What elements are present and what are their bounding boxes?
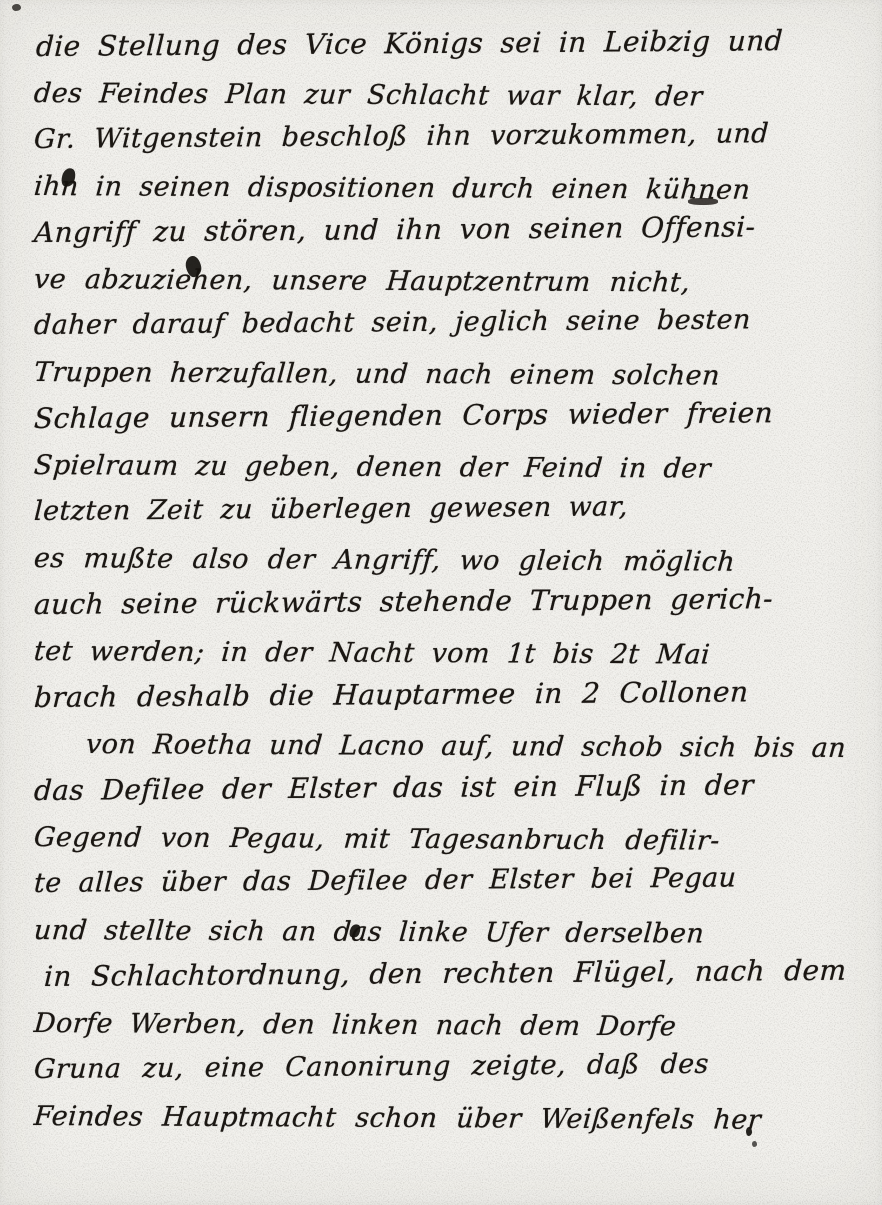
manuscript-line: Schlage unsern fliegenden Corps wieder f… bbox=[33, 389, 867, 442]
manuscript-line: te alles über das Defilee der Elster bei… bbox=[33, 854, 867, 907]
manuscript-line: Angriff zu stören, und ihn von seinen Of… bbox=[33, 203, 867, 256]
manuscript-line: die Stellung des Vice Königs sei in Leib… bbox=[35, 17, 867, 70]
manuscript-line: Feindes Hauptmacht schon über Weißenfels… bbox=[32, 1094, 867, 1145]
manuscript-line: daher darauf bedacht sein, jeglich seine… bbox=[33, 296, 867, 349]
manuscript-line: Gruna zu, eine Canonirung zeigte, daß de… bbox=[33, 1040, 867, 1093]
manuscript-line: auch seine rückwärts stehende Truppen ge… bbox=[33, 575, 867, 628]
manuscript-page: die Stellung des Vice Königs sei in Leib… bbox=[0, 0, 882, 1205]
manuscript-line: in Schlachtordnung, den rechten Flügel, … bbox=[43, 948, 867, 1001]
manuscript-line: letzten Zeit zu überlegen gewesen war, bbox=[33, 482, 867, 535]
manuscript-line: Gr. Witgenstein beschloß ihn vorzukommen… bbox=[33, 110, 867, 163]
manuscript-line: das Defilee der Elster das ist ein Fluß … bbox=[33, 761, 867, 814]
manuscript-line: brach deshalb die Hauptarmee in 2 Collon… bbox=[33, 668, 867, 721]
